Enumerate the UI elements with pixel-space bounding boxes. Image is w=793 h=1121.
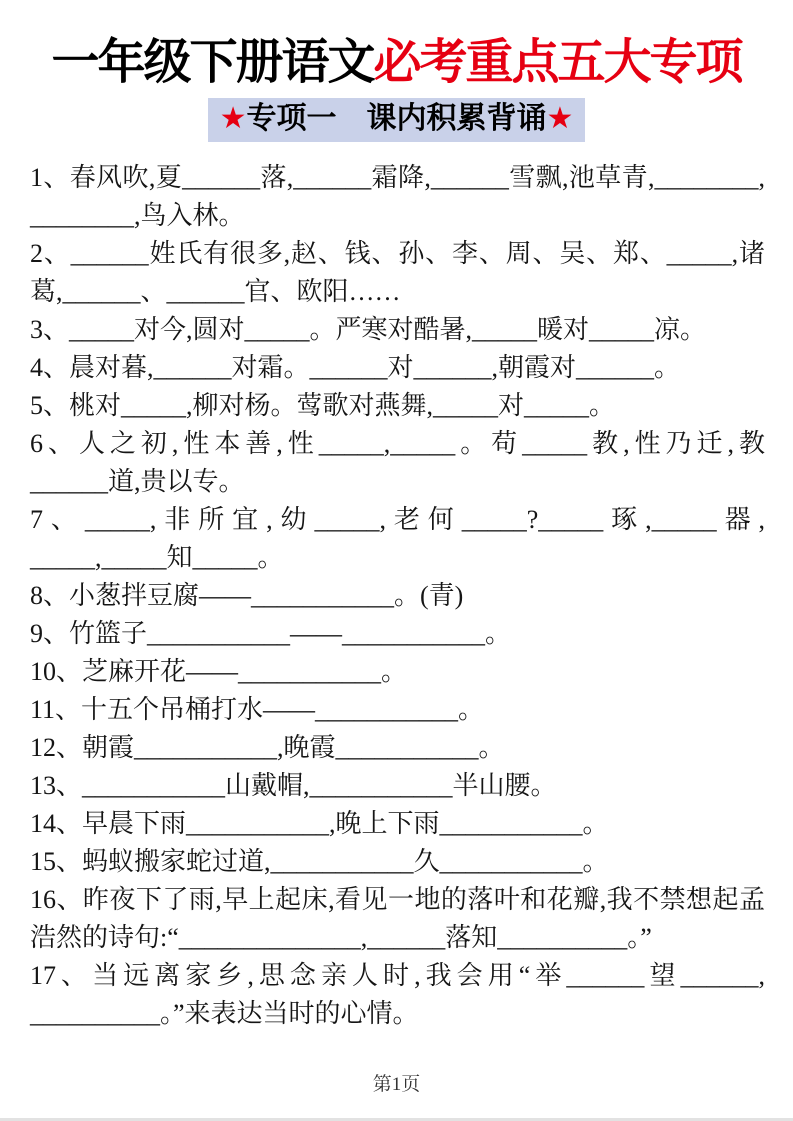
question-item-3: 3、_____对今,圆对_____。严寒对酷暑,_____暖对_____凉。	[30, 311, 765, 349]
page-number: 第1页	[373, 1074, 421, 1095]
question-item-10: 10、芝麻开花——___________。	[30, 653, 765, 691]
question-line: 4、晨对暮,______对霜。______对______,朝霞对______。	[30, 349, 765, 387]
question-item-14: 14、早晨下雨___________,晚上下雨___________。	[30, 805, 765, 843]
question-line: _____,_____知_____。	[30, 539, 765, 577]
question-item-7: 7、_____,非所宜,幼_____,老何_____?_____琢,_____器…	[30, 501, 765, 577]
question-line: 16、昨夜下了雨,早上起床,看见一地的落叶和花瓣,我不禁想起孟	[30, 881, 765, 919]
question-line: 1、春风吹,夏______落,______霜降,______雪飘,池草青,___…	[30, 159, 765, 197]
section-title: 专项一 课内积累背诵	[247, 102, 547, 135]
question-line: 8、小葱拌豆腐——___________。(青)	[30, 577, 765, 615]
question-line: 13、___________山戴帽,___________半山腰。	[30, 767, 765, 805]
section-banner-row: ★专项一 课内积累背诵★	[0, 98, 793, 142]
question-item-13: 13、___________山戴帽,___________半山腰。	[30, 767, 765, 805]
question-line: 7、_____,非所宜,幼_____,老何_____?_____琢,_____器…	[30, 501, 765, 539]
question-item-16: 16、昨夜下了雨,早上起床,看见一地的落叶和花瓣,我不禁想起孟浩然的诗句:“__…	[30, 881, 765, 957]
title-highlight-part: 必考重点五大专项	[374, 36, 742, 89]
question-item-8: 8、小葱拌豆腐——___________。(青)	[30, 577, 765, 615]
question-line: ______道,贵以专。	[30, 463, 765, 501]
question-line: 15、蚂蚁搬家蛇过道,___________久___________。	[30, 843, 765, 881]
title-grade-part: 一年级下册语文	[51, 36, 373, 89]
question-line: 葛,______、______官、欧阳……	[30, 273, 765, 311]
question-line: 5、桃对_____,柳对杨。莺歌对燕舞,_____对_____。	[30, 387, 765, 425]
question-line: 12、朝霞___________,晚霞___________。	[30, 729, 765, 767]
question-line: 14、早晨下雨___________,晚上下雨___________。	[30, 805, 765, 843]
page-footer: 第1页	[0, 1069, 793, 1096]
question-item-1: 1、春风吹,夏______落,______霜降,______雪飘,池草青,___…	[30, 159, 765, 235]
question-line: ________,鸟入林。	[30, 197, 765, 235]
question-line: 9、竹篮子___________——___________。	[30, 615, 765, 653]
question-line: 2、______姓氏有很多,赵、钱、孙、李、周、吴、郑、_____,诸	[30, 235, 765, 273]
question-line: __________。”来表达当时的心情。	[30, 995, 765, 1033]
question-item-15: 15、蚂蚁搬家蛇过道,___________久___________。	[30, 843, 765, 881]
question-item-5: 5、桃对_____,柳对杨。莺歌对燕舞,_____对_____。	[30, 387, 765, 425]
question-line: 3、_____对今,圆对_____。严寒对酷暑,_____暖对_____凉。	[30, 311, 765, 349]
question-item-17: 17、当远离家乡,思念亲人时,我会用“举______望______,______…	[30, 957, 765, 1033]
question-line: 10、芝麻开花——___________。	[30, 653, 765, 691]
star-left-icon: ★	[220, 101, 247, 136]
question-line: 17、当远离家乡,思念亲人时,我会用“举______望______,	[30, 957, 765, 995]
section-banner: ★专项一 课内积累背诵★	[208, 98, 586, 142]
question-item-4: 4、晨对暮,______对霜。______对______,朝霞对______。	[30, 349, 765, 387]
worksheet-page: 一年级下册语文必考重点五大专项 ★专项一 课内积累背诵★ 1、春风吹,夏____…	[0, 0, 793, 1121]
question-line: 11、十五个吊桶打水——___________。	[30, 691, 765, 729]
page-title: 一年级下册语文必考重点五大专项	[0, 34, 793, 92]
question-item-2: 2、______姓氏有很多,赵、钱、孙、李、周、吴、郑、_____,诸葛,___…	[30, 235, 765, 311]
question-item-9: 9、竹篮子___________——___________。	[30, 615, 765, 653]
question-line: 浩然的诗句:“______________,______落知__________…	[30, 919, 765, 957]
question-item-6: 6、人之初,性本善,性_____,_____。苟_____教,性乃迁,教____…	[30, 425, 765, 501]
question-list: 1、春风吹,夏______落,______霜降,______雪飘,池草青,___…	[30, 159, 765, 1033]
question-item-11: 11、十五个吊桶打水——___________。	[30, 691, 765, 729]
question-line: 6、人之初,性本善,性_____,_____。苟_____教,性乃迁,教	[30, 425, 765, 463]
question-item-12: 12、朝霞___________,晚霞___________。	[30, 729, 765, 767]
star-right-icon: ★	[547, 101, 574, 136]
